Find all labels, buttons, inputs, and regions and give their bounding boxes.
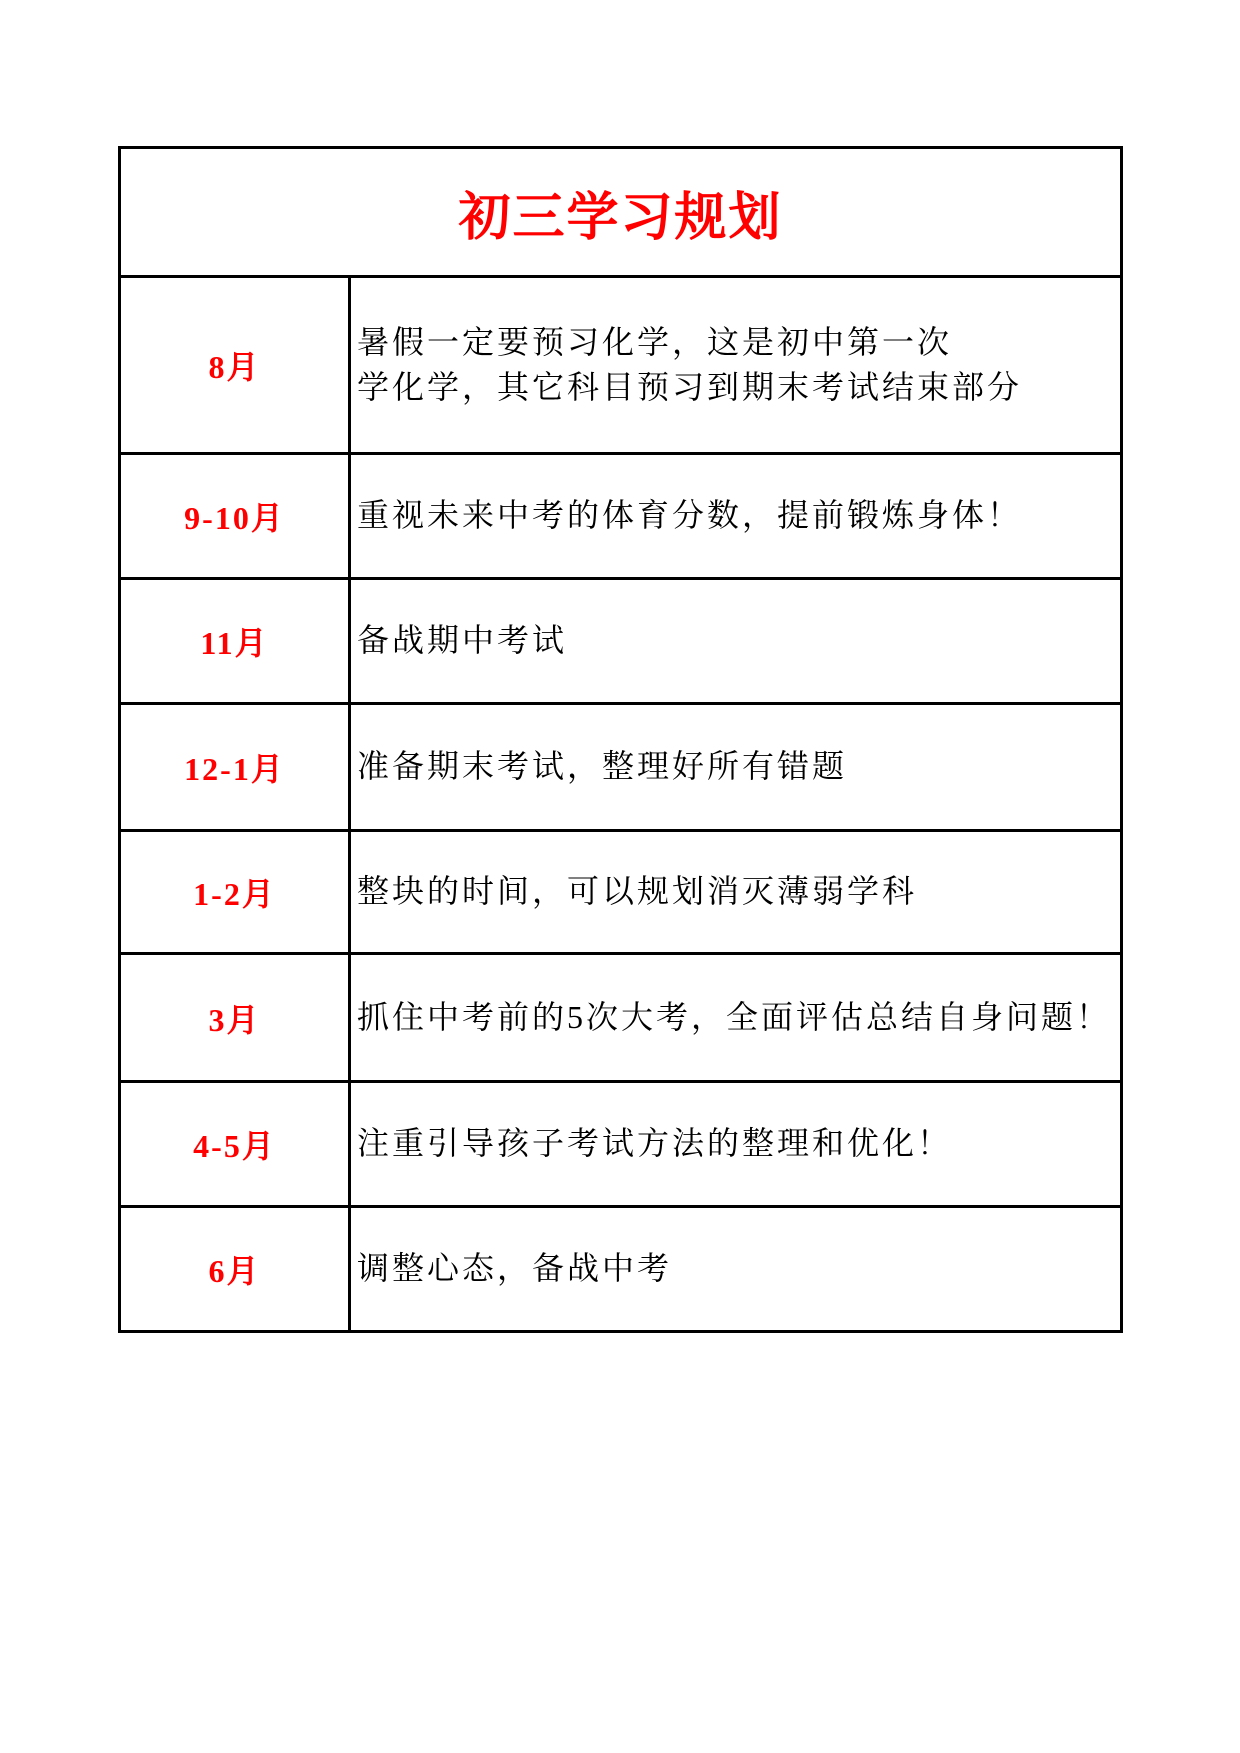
table-row: 3月 抓住中考前的5次大考，全面评估总结自身问题！ [120,954,1122,1082]
month-label: 12-1月 [120,704,350,831]
table-row: 9-10月 重视未来中考的体育分数，提前锻炼身体！ [120,454,1122,579]
month-label: 6月 [120,1207,350,1332]
plan-text: 暑假一定要预习化学，这是初中第一次 学化学，其它科目预习到期末考试结束部分 [350,277,1122,454]
plan-text: 备战期中考试 [350,579,1122,704]
page-title: 初三学习规划 [120,148,1122,277]
month-label: 4-5月 [120,1082,350,1207]
month-label: 11月 [120,579,350,704]
plan-text: 准备期末考试，整理好所有错题 [350,704,1122,831]
month-label: 1-2月 [120,831,350,954]
table-row: 8月 暑假一定要预习化学，这是初中第一次 学化学，其它科目预习到期末考试结束部分 [120,277,1122,454]
plan-text: 重视未来中考的体育分数，提前锻炼身体！ [350,454,1122,579]
document-page: 初三学习规划 8月 暑假一定要预习化学，这是初中第一次 学化学，其它科目预习到期… [0,0,1240,1753]
month-label: 8月 [120,277,350,454]
plan-text: 注重引导孩子考试方法的整理和优化！ [350,1082,1122,1207]
table-row: 6月 调整心态，备战中考 [120,1207,1122,1332]
plan-text: 抓住中考前的5次大考，全面评估总结自身问题！ [350,954,1122,1082]
table-row: 4-5月 注重引导孩子考试方法的整理和优化！ [120,1082,1122,1207]
title-row: 初三学习规划 [120,148,1122,277]
study-plan-table: 初三学习规划 8月 暑假一定要预习化学，这是初中第一次 学化学，其它科目预习到期… [118,146,1123,1333]
month-label: 9-10月 [120,454,350,579]
plan-text: 整块的时间，可以规划消灭薄弱学科 [350,831,1122,954]
table-row: 1-2月 整块的时间，可以规划消灭薄弱学科 [120,831,1122,954]
table-row: 11月 备战期中考试 [120,579,1122,704]
plan-text: 调整心态，备战中考 [350,1207,1122,1332]
table-row: 12-1月 准备期末考试，整理好所有错题 [120,704,1122,831]
month-label: 3月 [120,954,350,1082]
